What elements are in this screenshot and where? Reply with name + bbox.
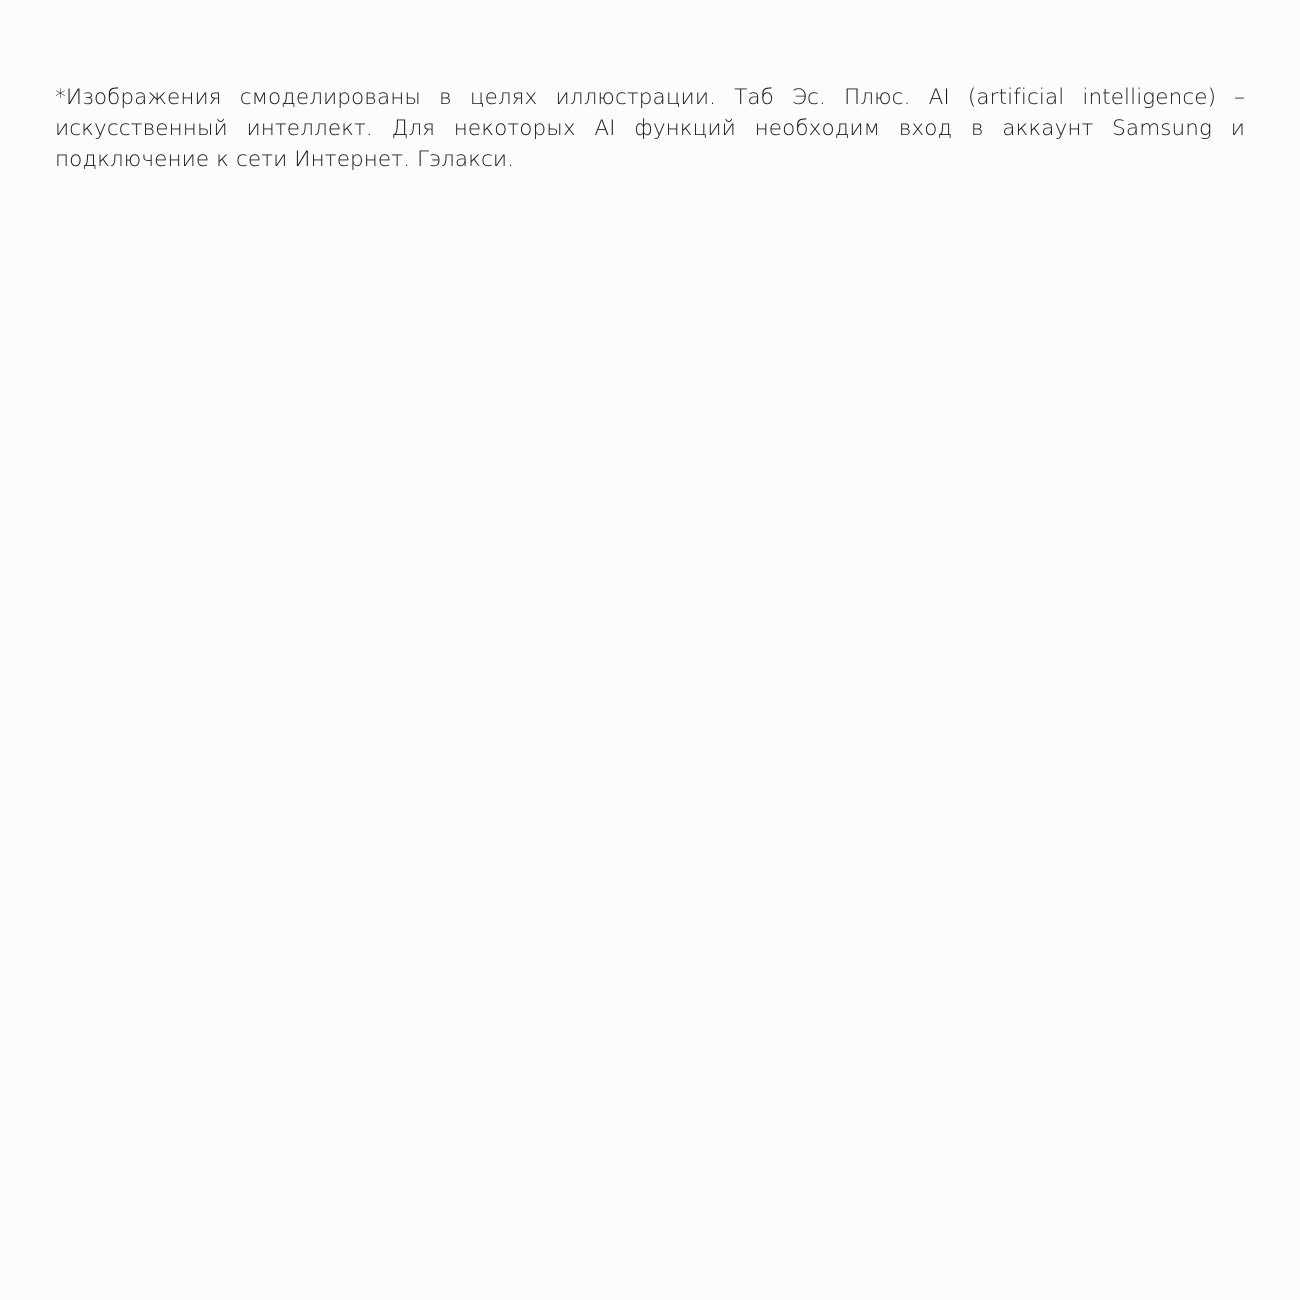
page-canvas: *Изображения смоделированы в целях иллюс… (0, 0, 1300, 1300)
disclaimer-text: *Изображения смоделированы в целях иллюс… (55, 82, 1245, 175)
